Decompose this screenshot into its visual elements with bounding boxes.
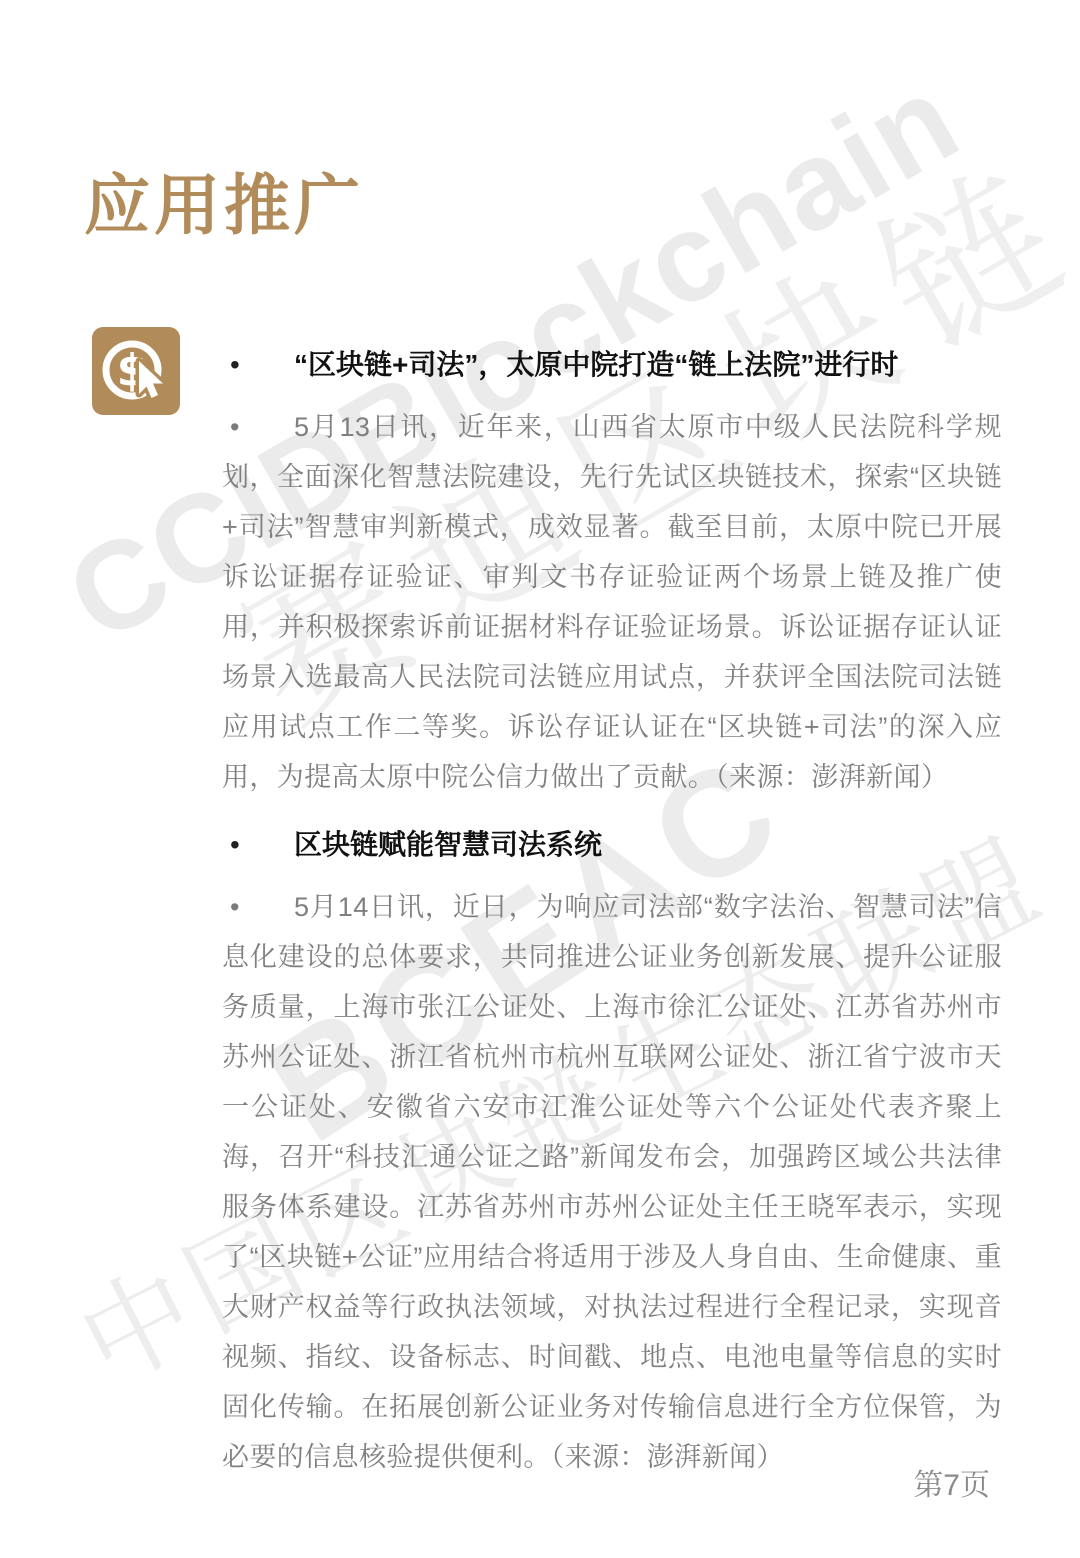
- news-headline: •区块链赋能智慧司法系统: [222, 820, 1002, 870]
- bullet-icon: •: [230, 402, 294, 452]
- news-body: •5月13日讯，近年来，山西省太原市中级人民法院科学规划，全面深化智慧法院建设，…: [222, 402, 1002, 802]
- news-headline-text: 区块链赋能智慧司法系统: [294, 829, 602, 860]
- bullet-icon: •: [230, 340, 294, 390]
- page-title: 应用推广: [84, 152, 364, 247]
- news-body-text: 5月14日讯，近日，为响应司法部“数字法治、智慧司法”信息化建设的总体要求，共同…: [222, 892, 1002, 1472]
- news-headline-text: “区块链+司法”，太原中院打造“链上法院”进行时: [294, 349, 898, 380]
- page-number: 第7页: [913, 1460, 990, 1504]
- news-headline: •“区块链+司法”，太原中院打造“链上法院”进行时: [222, 340, 1002, 390]
- report-page: CCIDBlockchain 赛迪区块链 BCEAC 中国区块链生态联盟 应用推…: [0, 0, 1080, 1558]
- news-body-text: 5月13日讯，近年来，山西省太原市中级人民法院科学规划，全面深化智慧法院建设，先…: [222, 412, 1002, 792]
- bullet-icon: •: [230, 820, 294, 870]
- pay-per-click-icon: $: [92, 327, 180, 415]
- news-content: •“区块链+司法”，太原中院打造“链上法院”进行时 •5月13日讯，近年来，山西…: [222, 340, 1002, 1482]
- bullet-icon: •: [230, 882, 294, 932]
- news-body: •5月14日讯，近日，为响应司法部“数字法治、智慧司法”信息化建设的总体要求，共…: [222, 882, 1002, 1482]
